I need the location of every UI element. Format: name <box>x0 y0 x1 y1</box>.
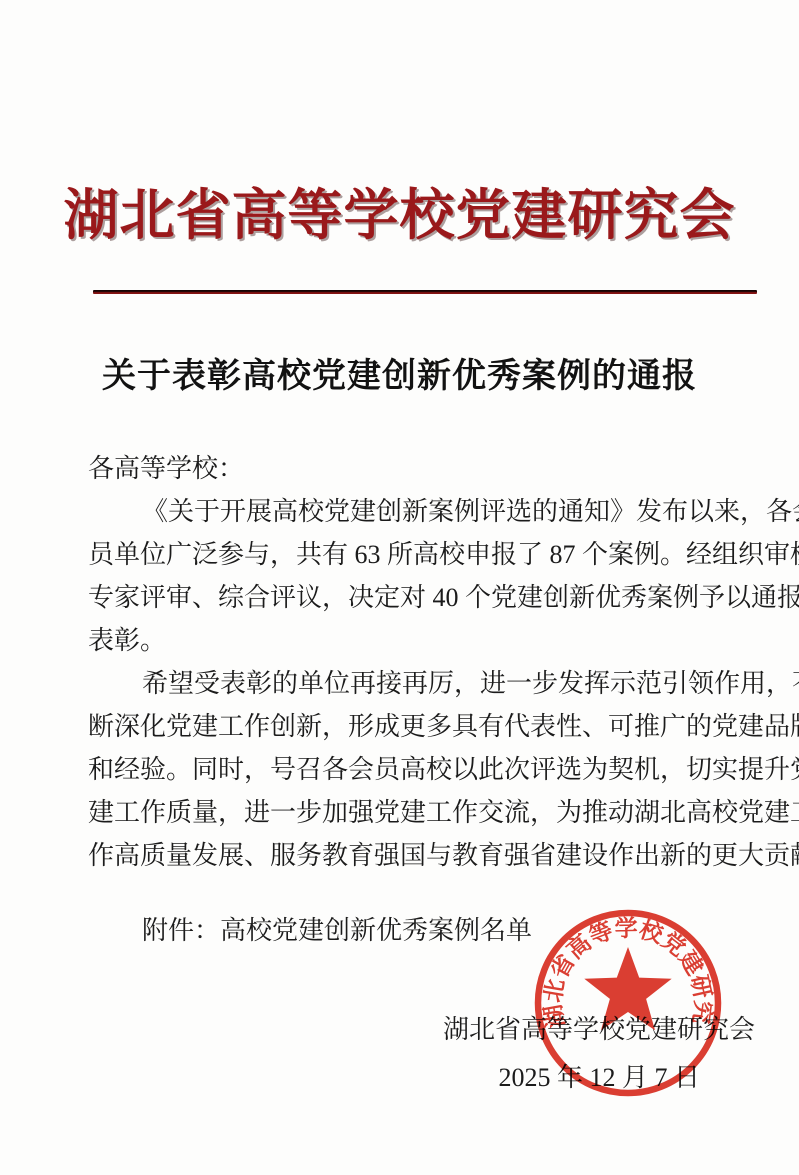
attachment-line: 附件：高校党建创新优秀案例名单 <box>88 909 771 952</box>
signature-date: 2025 年 12 月 7 日 <box>0 1058 799 1098</box>
body-line: 断深化党建工作创新，形成更多具有代表性、可推广的党建品牌 <box>88 705 771 748</box>
body-line: 建工作质量，进一步加强党建工作交流，为推动湖北高校党建工 <box>88 791 771 834</box>
body-line: 各高等学校： <box>88 447 771 490</box>
document-page: 湖北省高等学校党建研究会 关于表彰高校党建创新优秀案例的通报 各高等学校：《关于… <box>0 0 799 1175</box>
body-line: 《关于开展高校党建创新案例评选的通知》发布以来，各会 <box>88 490 771 533</box>
body-line: 和经验。同时，号召各会员高校以此次评选为契机，切实提升党 <box>88 748 771 791</box>
signature-org: 湖北省高等学校党建研究会 <box>0 1010 799 1050</box>
body-line: 员单位广泛参与，共有 63 所高校申报了 87 个案例。经组织审核、 <box>88 533 771 576</box>
letterhead-org-title: 湖北省高等学校党建研究会 <box>0 180 799 252</box>
body-line: 表彰。 <box>88 619 771 662</box>
body-line: 作高质量发展、服务教育强国与教育强省建设作出新的更大贡献。 <box>88 834 771 877</box>
body-line: 专家评审、综合评议，决定对 40 个党建创新优秀案例予以通报 <box>88 576 771 619</box>
body-line: 希望受表彰的单位再接再厉，进一步发挥示范引领作用，不 <box>88 662 771 705</box>
body-lines: 各高等学校：《关于开展高校党建创新案例评选的通知》发布以来，各会员单位广泛参与，… <box>88 447 771 877</box>
document-heading: 关于表彰高校党建创新优秀案例的通报 <box>0 348 799 397</box>
red-header-divider <box>93 290 757 294</box>
